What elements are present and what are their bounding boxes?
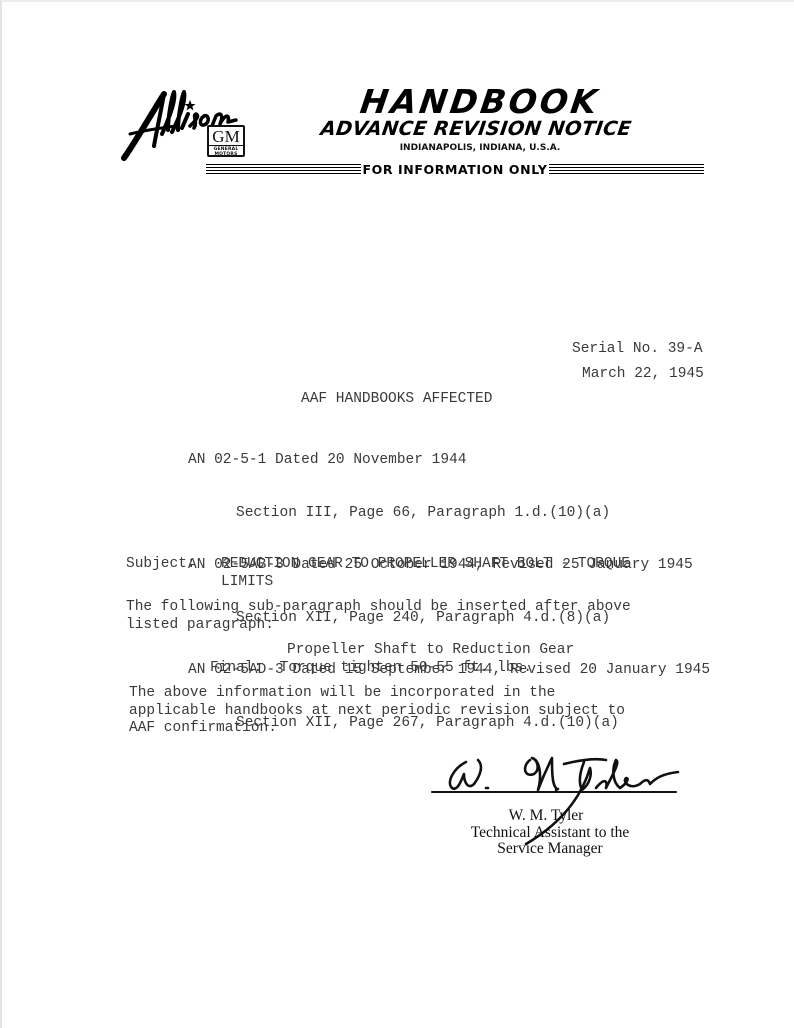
information-notice-bar: FOR INFORMATION ONLY xyxy=(206,160,704,178)
spec-line: Final: Torque tighten 50-55 ft. lbs. xyxy=(210,660,532,678)
left-rule-lines xyxy=(206,164,361,175)
letterhead-location: INDIANAPOLIS, INDIANA, U.S.A. xyxy=(360,143,600,153)
spec-title: Propeller Shaft to Reduction Gear xyxy=(287,642,574,660)
document-date: March 22, 1945 xyxy=(582,366,704,384)
signer-name: W. M. Tyler xyxy=(440,808,660,825)
information-notice: FOR INFORMATION ONLY xyxy=(361,162,550,177)
subject: Subject:REDUCTION GEAR TO PROPELLER SHAF… xyxy=(126,556,630,591)
gm-subtext: GENERAL MOTORS xyxy=(214,147,239,157)
letterhead-title: HANDBOOK xyxy=(337,84,622,120)
gm-mark: GM xyxy=(209,128,243,146)
instruction-paragraph: The following sub-paragraph should be in… xyxy=(126,599,631,634)
signer-title-line1: Technical Assistant to the xyxy=(440,825,660,842)
spec-value: Torque tighten 50-55 ft. lbs. xyxy=(280,660,532,676)
signature-block: W. M. Tyler Technical Assistant to the S… xyxy=(440,808,660,858)
subject-text-line1: REDUCTION GEAR TO PROPELLER SHAFT BOLT -… xyxy=(221,556,630,572)
spec-label: Final: xyxy=(210,660,262,676)
gm-logo-badge: GM GENERAL MOTORS xyxy=(207,125,245,157)
right-rule-lines xyxy=(549,164,704,175)
subject-label: Subject: xyxy=(126,556,221,574)
signer-title-line2: Service Manager xyxy=(440,841,660,858)
subject-text-line2: LIMITS xyxy=(126,574,630,592)
handbook-designation: AN 02-5-1 Dated 20 November 1944 xyxy=(188,452,710,470)
serial-number: Serial No. 39-A xyxy=(572,341,703,359)
handbook-reference: Section III, Page 66, Paragraph 1.d.(10)… xyxy=(188,505,710,523)
closing-paragraph: The above information will be incorporat… xyxy=(129,685,625,738)
handbooks-affected-heading: AAF HANDBOOKS AFFECTED xyxy=(301,391,492,409)
letterhead-subtitle: ADVANCE REVISION NOTICE xyxy=(304,117,647,141)
